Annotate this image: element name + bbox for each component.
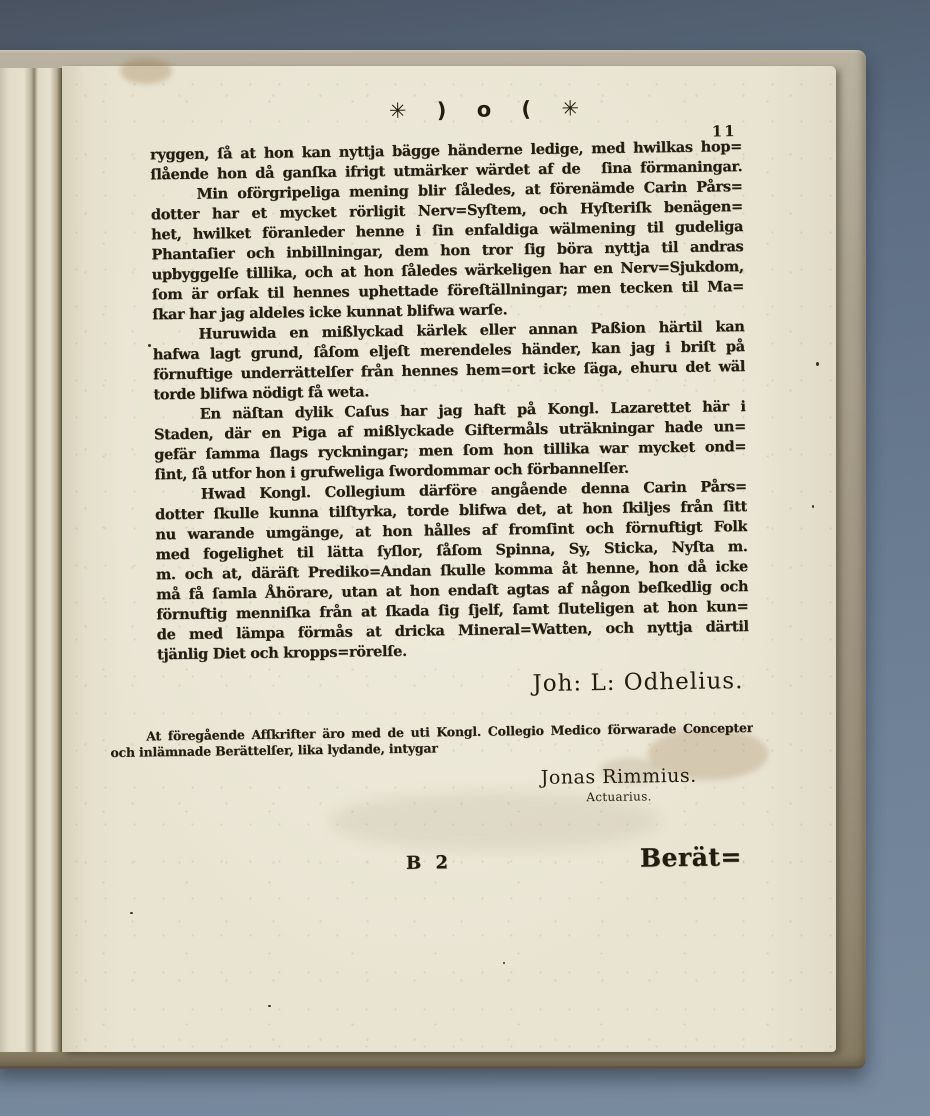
printed-text-layer: ✳ ) o ( ✳ 11 ryggen, ſå at hon kan nyttj… bbox=[0, 0, 930, 1116]
attestation-note: At föregående Afſkrifter äro med de uti … bbox=[110, 720, 753, 761]
attestor-title: Actuarius. bbox=[489, 788, 749, 806]
catchword: Berät= bbox=[640, 842, 742, 872]
scan-backdrop: ✳ ) o ( ✳ 11 ryggen, ſå at hon kan nyttj… bbox=[0, 0, 930, 1116]
header-ornament: ✳ ) o ( ✳ bbox=[367, 96, 607, 123]
gathering-mark: B 2 bbox=[406, 852, 452, 874]
attestor-block: Jonas Rimmius. Actuarius. bbox=[489, 764, 750, 806]
attestor-name: Jonas Rimmius. bbox=[489, 764, 749, 790]
author-signature: Joh: L: Odhelius. bbox=[403, 668, 743, 699]
body-text: ryggen, ſå at hon kan nyttja bägge hände… bbox=[150, 137, 749, 665]
